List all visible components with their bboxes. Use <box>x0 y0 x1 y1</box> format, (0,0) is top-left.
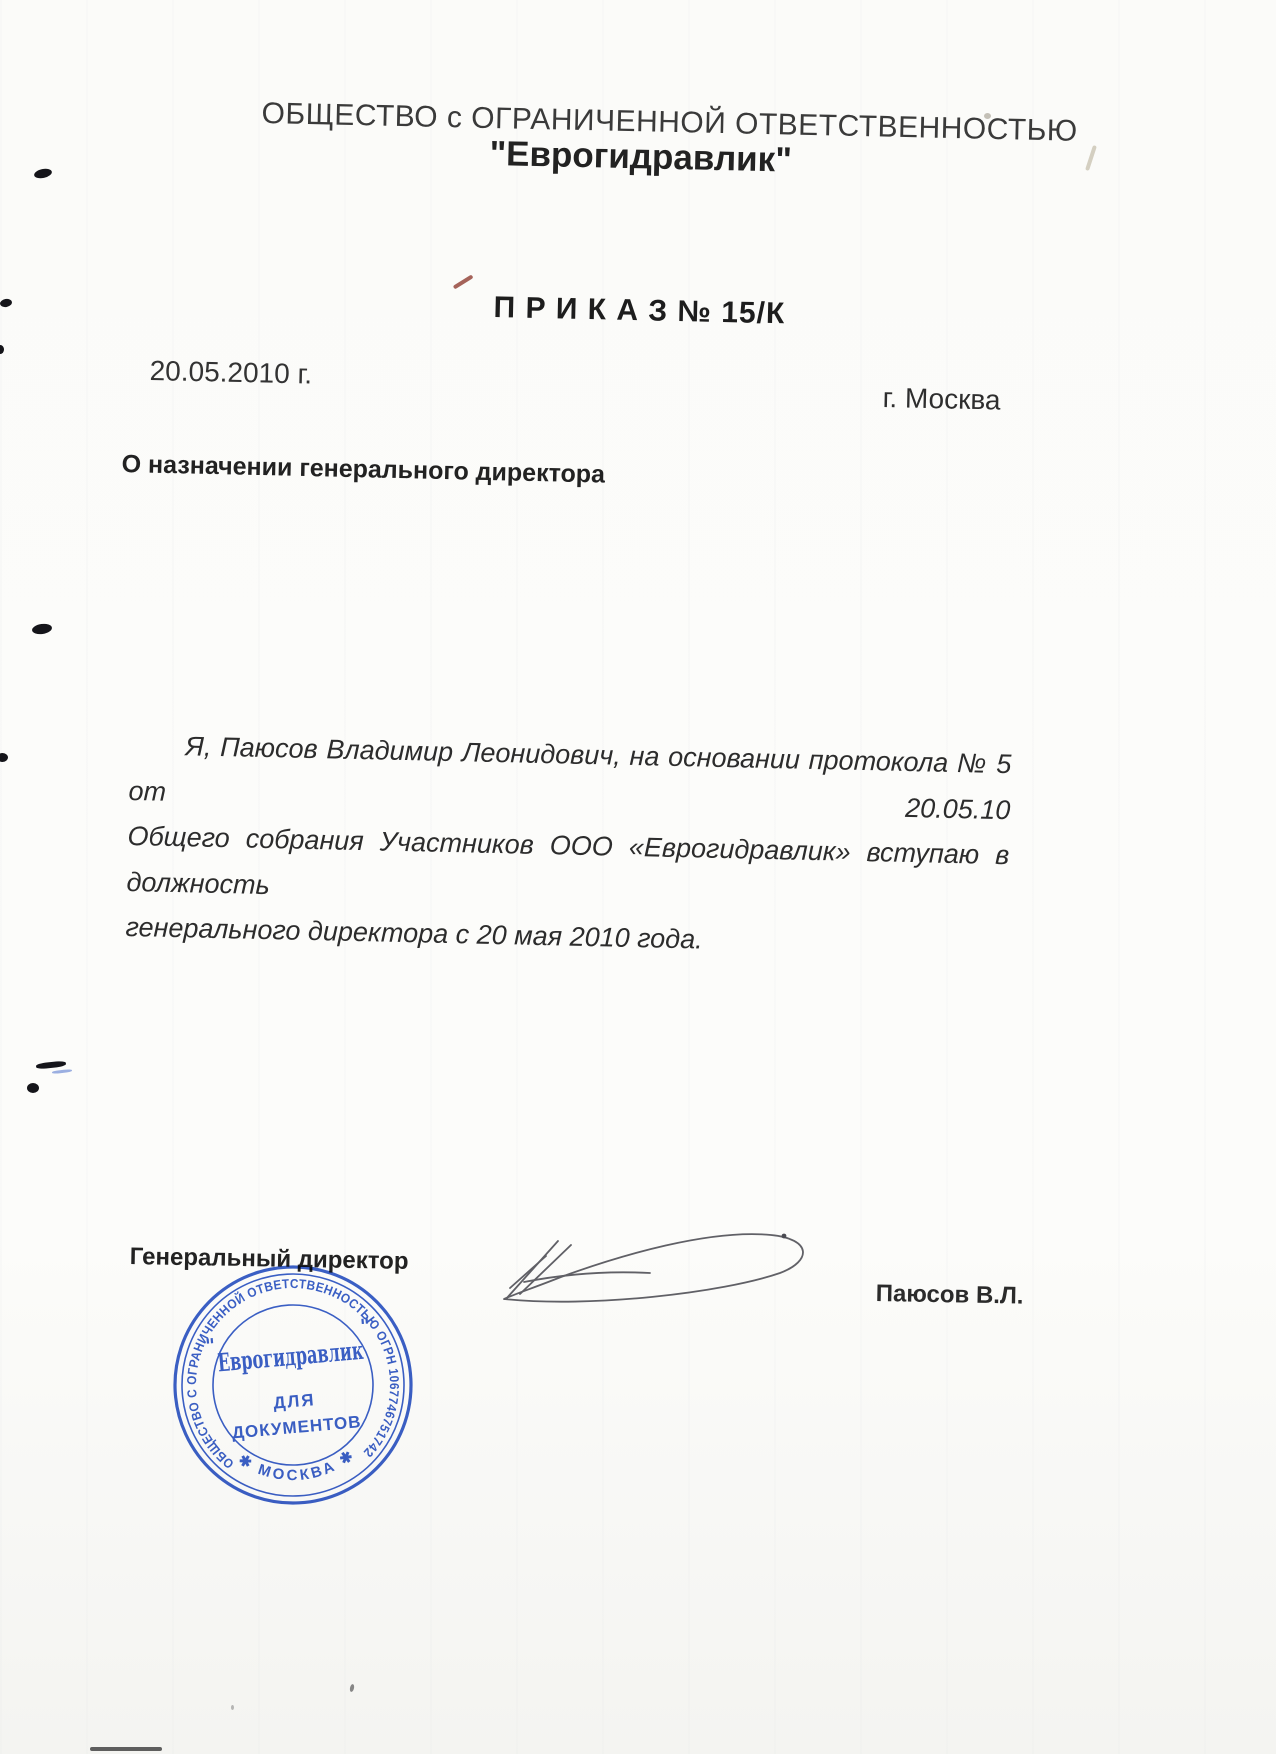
stamp-for-line: ДЛЯ <box>273 1390 317 1413</box>
scan-speck <box>0 753 8 762</box>
stamp-closing-quote: " <box>359 1315 371 1338</box>
stamp-opening-quote: " <box>204 1335 216 1358</box>
scan-smudge <box>1085 145 1097 171</box>
stamp-bottom-text-shape: ✱ МОСКВА ✱ <box>234 1445 360 1487</box>
scan-speck <box>0 345 4 354</box>
stamp-outer-ring-inner <box>176 1268 409 1501</box>
scan-speck-blue <box>52 1069 72 1074</box>
scan-speck <box>31 623 52 636</box>
order-body: Я, Паюсов Владимир Леонидович, на основа… <box>125 723 1012 970</box>
scan-speck <box>33 167 52 180</box>
order-subject: О назначении генерального директора <box>121 450 605 490</box>
scan-smudge <box>984 113 991 119</box>
stamp-city-text: ✱ МОСКВА ✱ <box>234 1445 360 1487</box>
red-pen-mark <box>453 274 474 289</box>
scan-speck <box>349 1684 355 1693</box>
scanned-order-document: ОБЩЕСТВО с ОГРАНИЧЕННОЙ ОТВЕТСТВЕННОСТЬЮ… <box>0 0 1276 1754</box>
scan-speck <box>36 1060 66 1069</box>
signature-hatch-2 <box>520 1245 571 1294</box>
handwritten-signature <box>440 1215 1060 1335</box>
signature-hatch-3 <box>510 1256 546 1288</box>
stamp-documents-line: ДОКУМЕНТОВ <box>231 1412 362 1442</box>
scan-edge-mark <box>90 1747 162 1751</box>
stamp-inner-ring <box>209 1301 377 1469</box>
signature-ink-dot <box>782 1234 787 1239</box>
order-title: П Р И К А З № 15/К <box>493 291 785 331</box>
scan-speck <box>27 1083 39 1093</box>
order-date: 20.05.2010 г. <box>149 355 312 391</box>
signature-under-curve <box>524 1272 650 1282</box>
company-round-stamp: ОБЩЕСТВО С ОГРАНИЧЕННОЙ ОТВЕТСТВЕННОСТЬЮ… <box>161 1253 426 1518</box>
order-city: г. Москва <box>882 382 1001 417</box>
signatory-name: Паюсов В.Л. <box>876 1280 1024 1311</box>
signature-hatch-1 <box>506 1241 558 1299</box>
stamp-company-name: Еврогидравлик <box>217 1336 365 1378</box>
signature-main-loop <box>504 1234 803 1302</box>
scan-speck <box>0 298 13 308</box>
org-name-line: "Еврогидравлик" <box>489 134 792 181</box>
scan-speck <box>231 1705 234 1710</box>
